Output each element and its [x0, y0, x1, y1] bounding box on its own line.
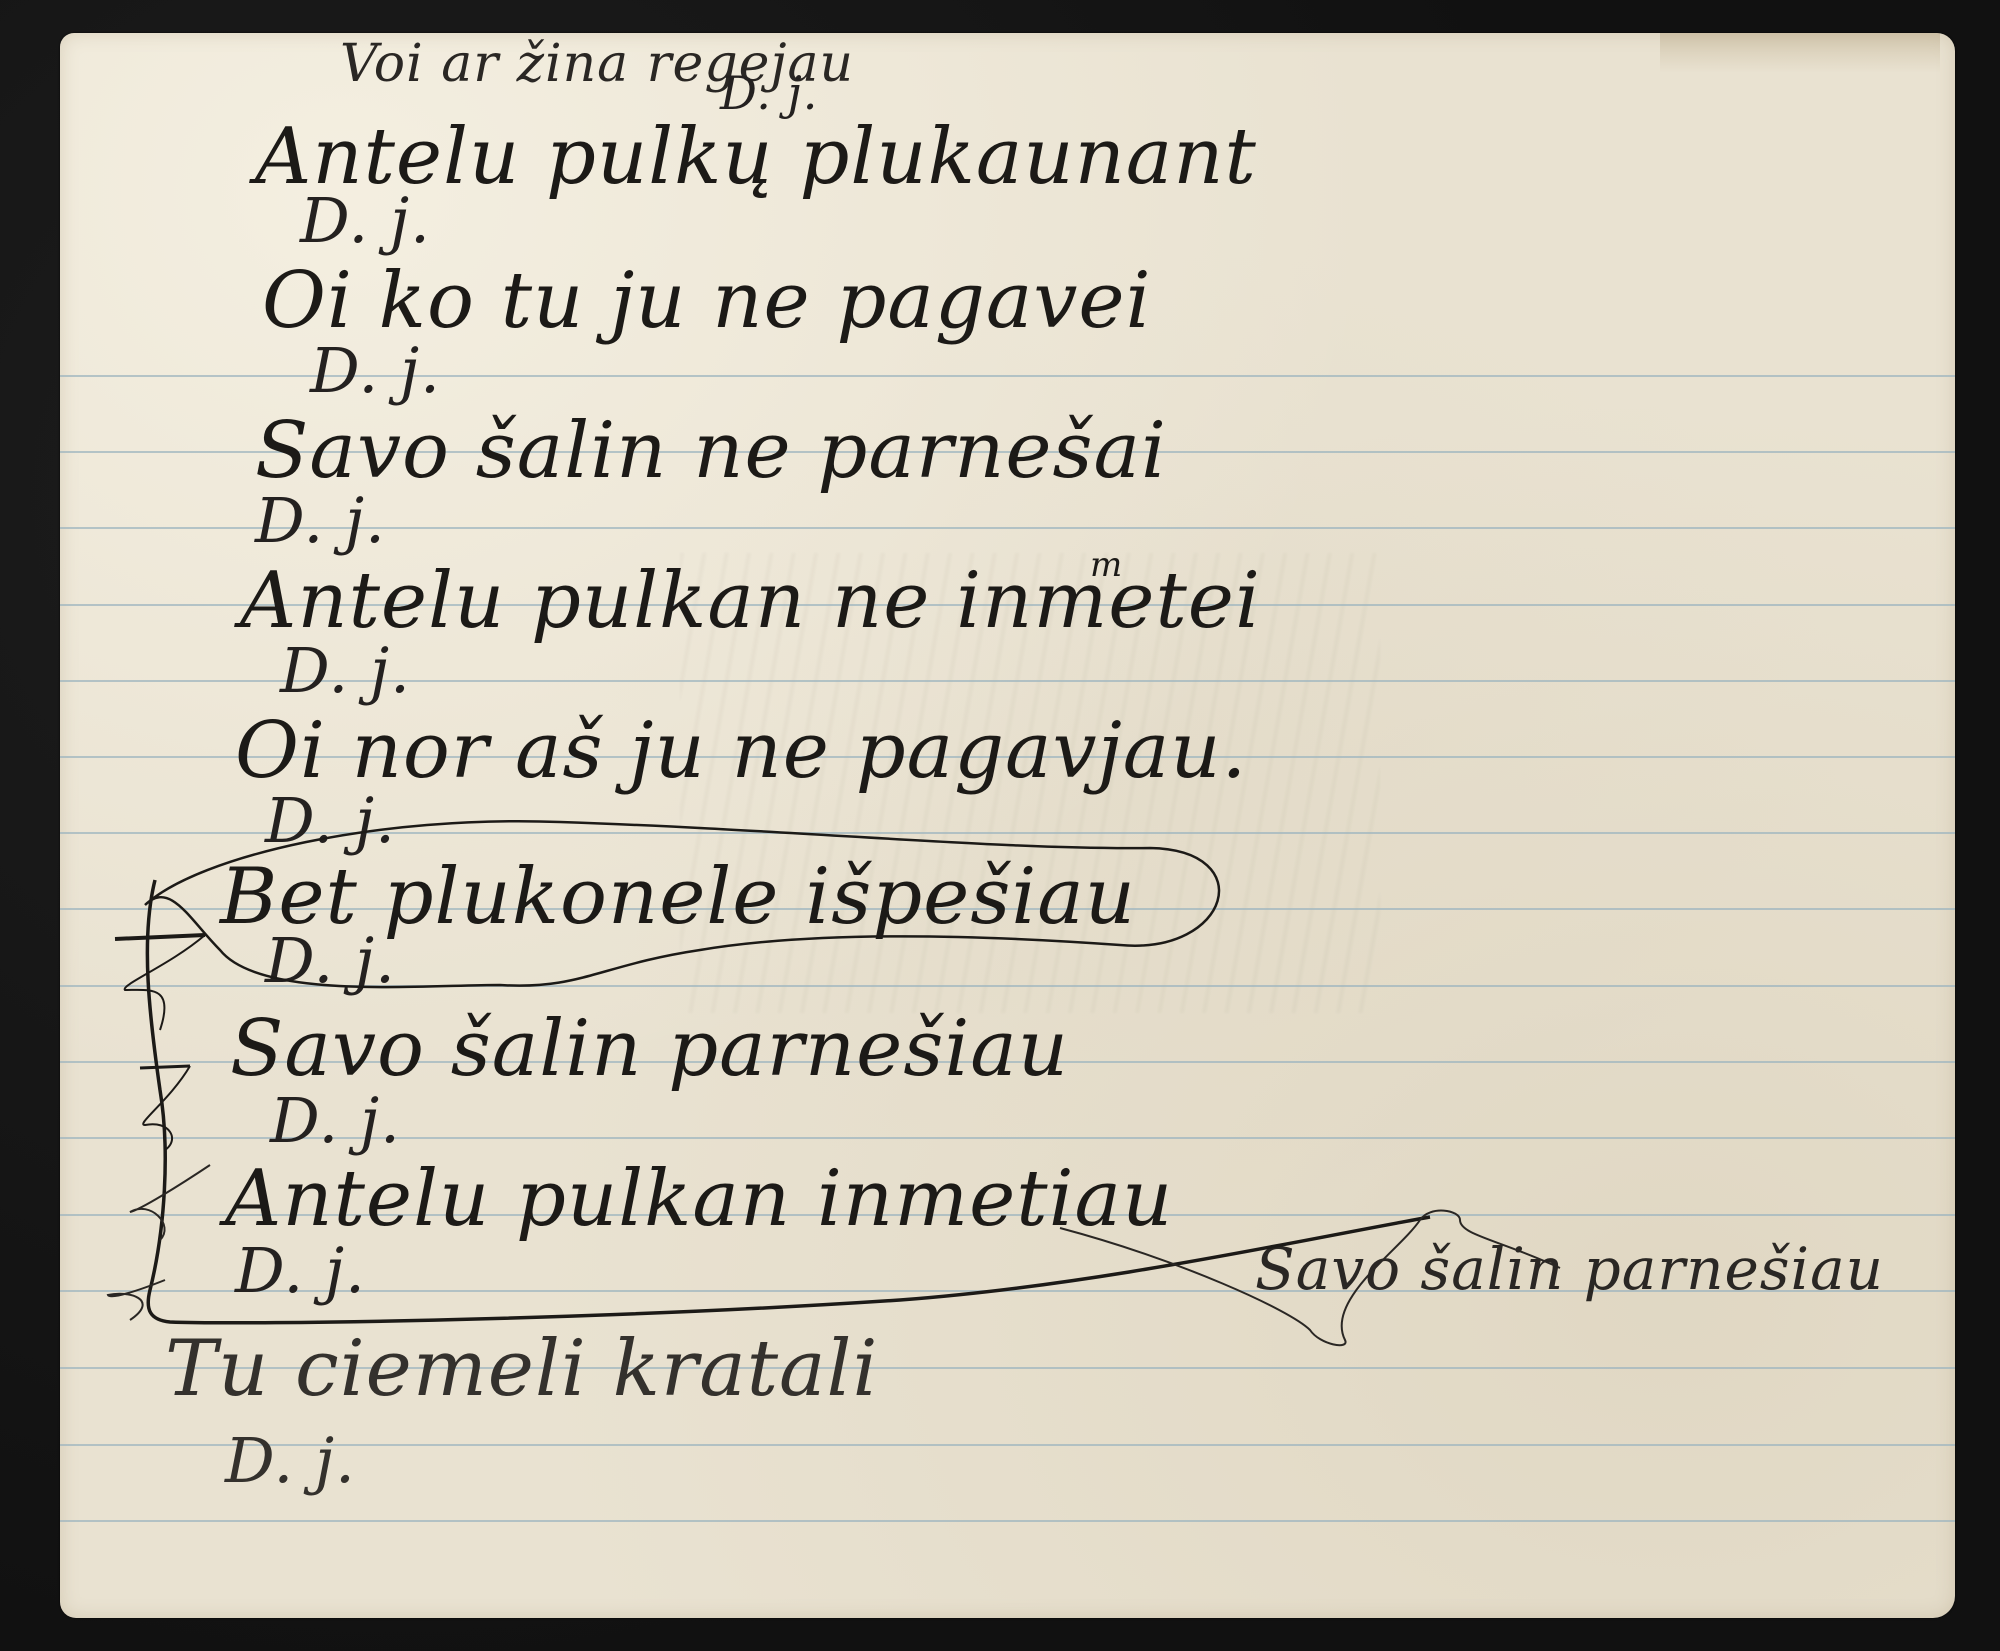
verse-line-3: Savo šalin ne parnešai — [255, 412, 1167, 490]
refrain-5: D. j. — [265, 790, 396, 852]
refrain-1: D. j. — [300, 190, 431, 252]
inserted-correction: m — [1090, 545, 1122, 585]
refrain-9: D. j. — [225, 1430, 356, 1492]
verse-line-8: Antelu pulkan inmetiau — [225, 1160, 1173, 1238]
refrain-7: D. j. — [270, 1090, 401, 1152]
verse-line-7: Savo šalin parnešiau — [230, 1010, 1069, 1088]
refrain-2: D. j. — [310, 340, 441, 402]
refrain-6: D. j. — [265, 930, 396, 992]
ruled-line — [60, 1520, 1955, 1522]
verse-line-5: Oi nor aš ju ne pagavjau. — [235, 712, 1247, 790]
refrain-4: D. j. — [280, 640, 411, 702]
refrain-mark: D. j. — [720, 70, 818, 116]
verse-line-9: Tu ciemeli kratali — [165, 1330, 878, 1408]
refrain-8: D. j. — [235, 1240, 366, 1302]
margin-note: Savo šalin parnešiau — [1255, 1240, 1884, 1298]
paper-stain — [1660, 33, 1940, 73]
refrain-3: D. j. — [255, 490, 386, 552]
verse-line-2: Oi ko tu ju ne pagavei — [262, 262, 1152, 340]
